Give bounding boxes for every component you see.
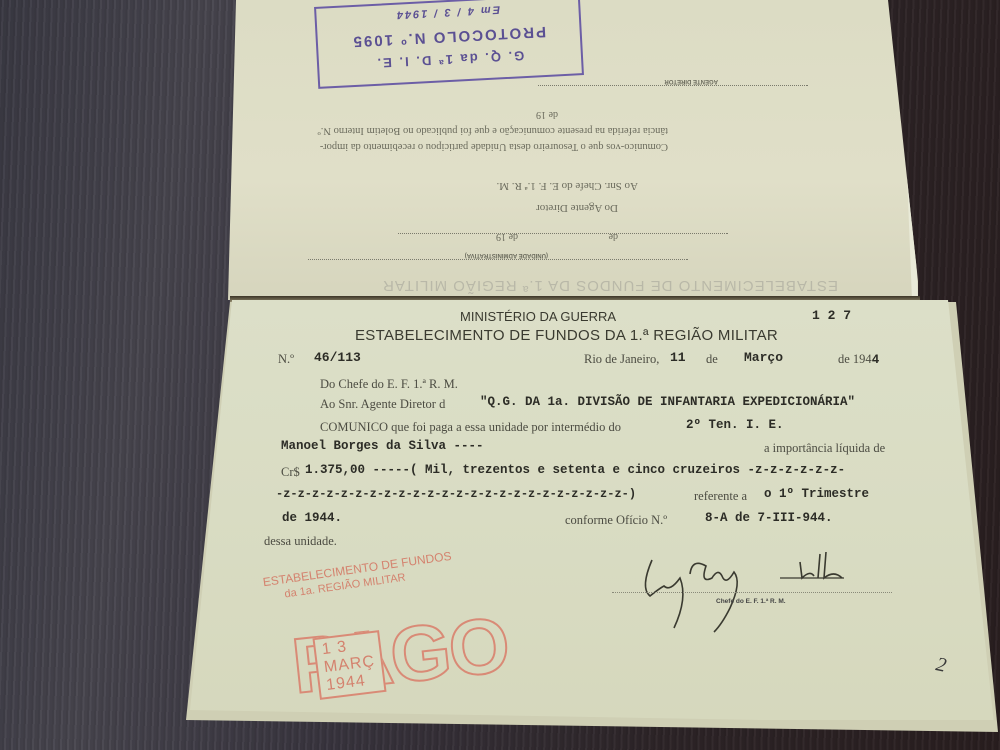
importancia-label: a importância líquida de xyxy=(764,441,885,456)
period: o 1º Trimestre xyxy=(764,487,869,501)
filler-line: -z-z-z-z-z-z-z-z-z-z-z-z-z-z-z-z-z-z-z-z… xyxy=(276,487,636,501)
date-de: de xyxy=(609,231,618,242)
signature-caption: Chefe do E. F. 1.ª R. M. xyxy=(716,598,786,605)
protocol-stamp: Em 4 / 3 / 1944 PROTOCOLO N.º 1095 G. Q.… xyxy=(314,0,584,89)
establishment-heading: ESTABELECIMENTO DE FUNDOS DA 1.ª REGIÃO … xyxy=(355,327,778,344)
closing-line: dessa unidade. xyxy=(264,534,337,549)
month: Março xyxy=(744,350,783,365)
de-label: de xyxy=(706,352,718,367)
addressee-line: Ao Snr. Chefe do E. F. 1.ª R. M. xyxy=(497,180,639,192)
amount-words: Mil, trezentos e setenta e cinco cruzeir… xyxy=(425,463,845,477)
payee: Manoel Borges da Silva ---- xyxy=(281,439,484,453)
page-code: 1 2 7 xyxy=(812,308,851,323)
day: 11 xyxy=(670,350,686,365)
signature xyxy=(630,548,870,643)
to-label: Ao Snr. Agente Diretor d xyxy=(320,397,445,412)
unit-line xyxy=(308,259,688,260)
period-year: de 1944. xyxy=(282,511,342,525)
from-line: Do Chefe do E. F. 1.ª R. M. xyxy=(320,377,458,392)
conforme-label: conforme Ofício N.º xyxy=(565,513,667,528)
body-line-1: Comunico-vos que o Tesoureiro desta Unid… xyxy=(320,141,668,152)
ministry-heading: MINISTÉRIO DA GUERRA xyxy=(460,309,616,324)
referente-label: referente a xyxy=(694,489,747,504)
to-unit: "Q.G. DA 1a. DIVISÃO DE INFANTARIA EXPED… xyxy=(480,395,855,409)
paid-date: 1 3 MARÇ 1944 xyxy=(312,630,386,700)
date-de19: de 19 xyxy=(496,231,518,242)
signature-line xyxy=(612,592,892,593)
amount: 1.375,00 -----( xyxy=(305,463,418,477)
year-prefix: de 1944 xyxy=(838,352,879,367)
unit-label: (UNIDADE ADMINISTRATIVA) xyxy=(465,252,548,258)
sender-line: Do Agente Diretor xyxy=(536,202,618,214)
oficio-ref: 8-A de 7-III-944. xyxy=(705,511,833,525)
place-label: Rio de Janeiro, xyxy=(584,352,659,367)
rank: 2º Ten. I. E. xyxy=(686,418,784,432)
signature-line xyxy=(538,85,808,86)
agente-label: AGENTE DIRETOR xyxy=(664,78,718,84)
currency-label: Cr$ xyxy=(281,465,300,480)
number-label: N.º xyxy=(278,352,294,367)
body-line-2: tância referida na presente comunicação … xyxy=(318,125,669,136)
comunico-line: COMUNICO que foi paga a essa unidade por… xyxy=(320,420,621,435)
document-number: 46/113 xyxy=(314,350,361,365)
date-line xyxy=(398,233,728,234)
handwritten-signature-icon xyxy=(630,548,870,638)
bulletin-de19: de 19 xyxy=(536,109,558,120)
year-suffix: 4 xyxy=(872,353,880,367)
bleed-through-header: ESTABELECIMENTO DE FUNDOS DA 1.ª REGIÃO … xyxy=(382,277,838,294)
